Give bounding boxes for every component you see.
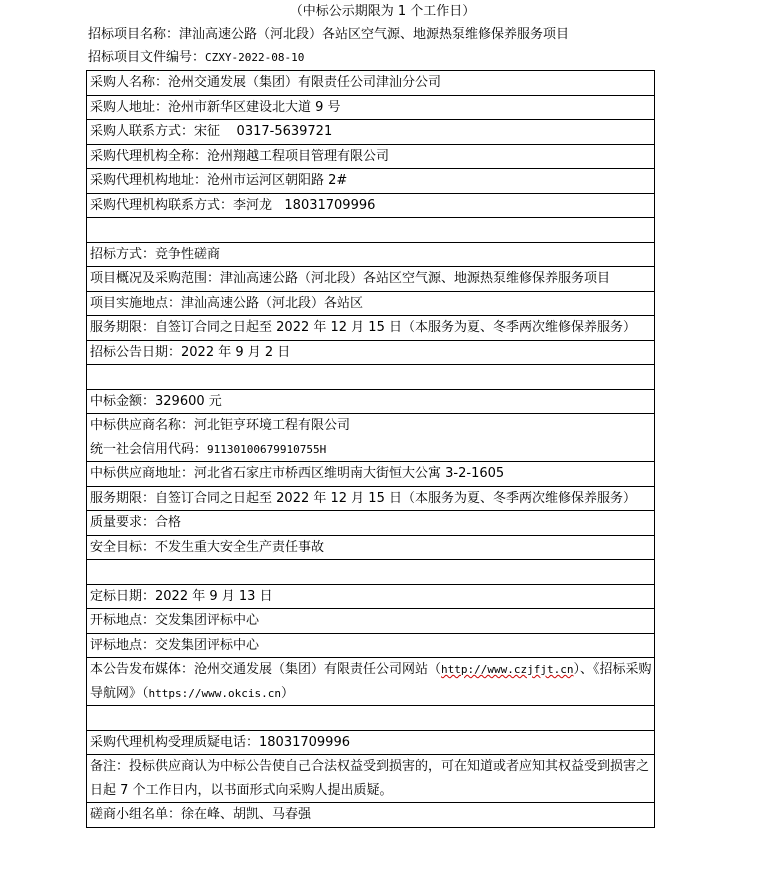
table-row-bid-method: 招标方式：竞争性磋商 — [87, 242, 655, 267]
table-row-project-location: 项目实施地点：津汕高速公路（河北段）各站区 — [87, 291, 655, 316]
website-link[interactable]: http://www.czjfjt.cn — [441, 663, 573, 676]
row-label: 采购代理机构地址： — [90, 173, 207, 188]
table-row-agency-address: 采购代理机构地址：沧州市运河区朝阳路 2# — [87, 169, 655, 194]
file-no-value: CZXY-2022-08-10 — [205, 51, 304, 64]
table-row-agency-name: 采购代理机构全称：沧州翔越工程项目管理有限公司 — [87, 144, 655, 169]
row-label: 采购代理机构全称： — [90, 149, 207, 164]
row-value: 沧州交通发展（集团）有限责任公司津汕分公司 — [168, 75, 441, 90]
table-row-award-date: 定标日期：2022 年 9 月 13 日 — [87, 584, 655, 609]
row-value: 徐在峰、胡凯、马春强 — [181, 807, 311, 822]
row-label: 本公告发布媒体： — [90, 662, 194, 677]
row-value: 自签订合同之日起至 2022 年 12 月 15 日（本服务为夏、冬季两次维修保… — [155, 320, 636, 335]
table-row-empty — [87, 218, 655, 243]
notice-period-title: （中标公示期限为 1 个工作日） — [0, 2, 765, 22]
row-label: 采购代理机构受理质疑电话： — [90, 735, 259, 750]
table-row-purchaser-address: 采购人地址：沧州市新华区建设北大道 9 号 — [87, 95, 655, 120]
row-label: 磋商小组名单： — [90, 807, 181, 822]
table-row-winning-supplier: 中标供应商名称：河北钜亨环境工程有限公司统一社会信用代码：91130100679… — [87, 414, 655, 462]
row-value: 交发集团评标中心 — [155, 638, 259, 653]
row-label: 中标金额： — [90, 394, 155, 409]
table-row-panel-members: 磋商小组名单：徐在峰、胡凯、马春强 — [87, 803, 655, 828]
table-row-evaluation-location: 评标地点：交发集团评标中心 — [87, 633, 655, 658]
table-row-project-scope: 项目概况及采购范围：津汕高速公路（河北段）各站区空气源、地源热泵维修保养服务项目 — [87, 267, 655, 292]
project-name: 招标项目名称：津汕高速公路（河北段）各站区空气源、地源热泵维修保养服务项目 — [88, 24, 569, 46]
row-label: 中标供应商名称： — [90, 418, 194, 433]
row-label: 项目概况及采购范围： — [90, 271, 220, 286]
table-row-quality: 质量要求：合格 — [87, 511, 655, 536]
row-label: 服务期限： — [90, 320, 155, 335]
table-row-agency-contact: 采购代理机构联系方式：李河龙 18031709996 — [87, 193, 655, 218]
row-label: 备注： — [90, 759, 129, 774]
row-value: 李河龙 18031709996 — [233, 198, 375, 213]
row-value: ） — [281, 686, 294, 701]
row-value: 合格 — [155, 515, 181, 530]
row-label: 服务期限： — [90, 491, 155, 506]
table-row-empty — [87, 560, 655, 585]
row-label: 招标方式： — [90, 247, 155, 262]
row-value: 竞争性磋商 — [155, 247, 220, 262]
table-row-purchaser-contact: 采购人联系方式：宋征 0317-5639721 — [87, 120, 655, 145]
table-row-service-period-2: 服务期限：自签订合同之日起至 2022 年 12 月 15 日（本服务为夏、冬季… — [87, 486, 655, 511]
table-row-opening-location: 开标地点：交发集团评标中心 — [87, 609, 655, 634]
row-value: 交发集团评标中心 — [155, 613, 259, 628]
row-label: 采购代理机构联系方式： — [90, 198, 233, 213]
row-label: 项目实施地点： — [90, 296, 181, 311]
row-value: 河北省石家庄市桥西区维明南大街恒大公寓 3-2-1605 — [194, 466, 504, 481]
row-value: 津汕高速公路（河北段）各站区空气源、地源热泵维修保养服务项目 — [220, 271, 610, 286]
table-row-purchaser-name: 采购人名称：沧州交通发展（集团）有限责任公司津汕分公司 — [87, 71, 655, 96]
row-value: 宋征 0317-5639721 — [194, 124, 332, 139]
row-value: 自签订合同之日起至 2022 年 12 月 15 日（本服务为夏、冬季两次维修保… — [155, 491, 636, 506]
table-row-remarks: 备注：投标供应商认为中标公告使自己合法权益受到损害的，可在知道或者应知其权益受到… — [87, 755, 655, 803]
table-row-supplier-address: 中标供应商地址：河北省石家庄市桥西区维明南大街恒大公寓 3-2-1605 — [87, 462, 655, 487]
row-label: 评标地点： — [90, 638, 155, 653]
row-label: 采购人名称： — [90, 75, 168, 90]
row-value: 2022 年 9 月 2 日 — [181, 345, 290, 360]
row-label: 中标供应商地址： — [90, 466, 194, 481]
table-row-service-period: 服务期限：自签订合同之日起至 2022 年 12 月 15 日（本服务为夏、冬季… — [87, 316, 655, 341]
row-label: 定标日期： — [90, 589, 155, 604]
row-value: 河北钜亨环境工程有限公司 — [194, 418, 350, 433]
row-value: 沧州市运河区朝阳路 2# — [207, 173, 347, 188]
row-value: 329600 元 — [155, 394, 222, 409]
row-label: 采购人地址： — [90, 100, 168, 115]
row-label: 招标公告日期： — [90, 345, 181, 360]
row-value: 不发生重大安全生产责任事故 — [155, 540, 324, 555]
row-label: 采购人联系方式： — [90, 124, 194, 139]
table-row-empty — [87, 706, 655, 731]
award-notice-table: 采购人名称：沧州交通发展（集团）有限责任公司津汕分公司 采购人地址：沧州市新华区… — [86, 70, 655, 828]
row-label: 质量要求： — [90, 515, 155, 530]
row-value: 投标供应商认为中标公告使自己合法权益受到损害的，可在知道或者应知其权益受到损害之… — [90, 759, 649, 798]
row-value: 沧州市新华区建设北大道 9 号 — [168, 100, 341, 115]
row-value: 津汕高速公路（河北段）各站区 — [181, 296, 363, 311]
file-no-label: 招标项目文件编号： — [88, 50, 205, 65]
row-value: 2022 年 9 月 13 日 — [155, 589, 273, 604]
row-value: 沧州交通发展（集团）有限责任公司网站（ — [194, 662, 441, 677]
table-row-award-amount: 中标金额：329600 元 — [87, 389, 655, 414]
credit-code-label: 统一社会信用代码： — [90, 442, 207, 457]
table-row-safety: 安全目标：不发生重大安全生产责任事故 — [87, 535, 655, 560]
row-label: 安全目标： — [90, 540, 155, 555]
row-value: 18031709996 — [259, 735, 350, 750]
project-file-number: 招标项目文件编号：CZXY-2022-08-10 — [88, 47, 304, 69]
okcis-link[interactable]: https://www.okcis.cn — [149, 687, 281, 700]
table-row-tender-date: 招标公告日期：2022 年 9 月 2 日 — [87, 340, 655, 365]
row-label: 开标地点： — [90, 613, 155, 628]
credit-code-value: 91130100679910755H — [207, 443, 326, 456]
table-row-empty — [87, 365, 655, 390]
table-row-complaint-phone: 采购代理机构受理质疑电话：18031709996 — [87, 730, 655, 755]
row-value: 沧州翔越工程项目管理有限公司 — [207, 149, 389, 164]
table-row-publish-media: 本公告发布媒体：沧州交通发展（集团）有限责任公司网站（http://www.cz… — [87, 658, 655, 706]
